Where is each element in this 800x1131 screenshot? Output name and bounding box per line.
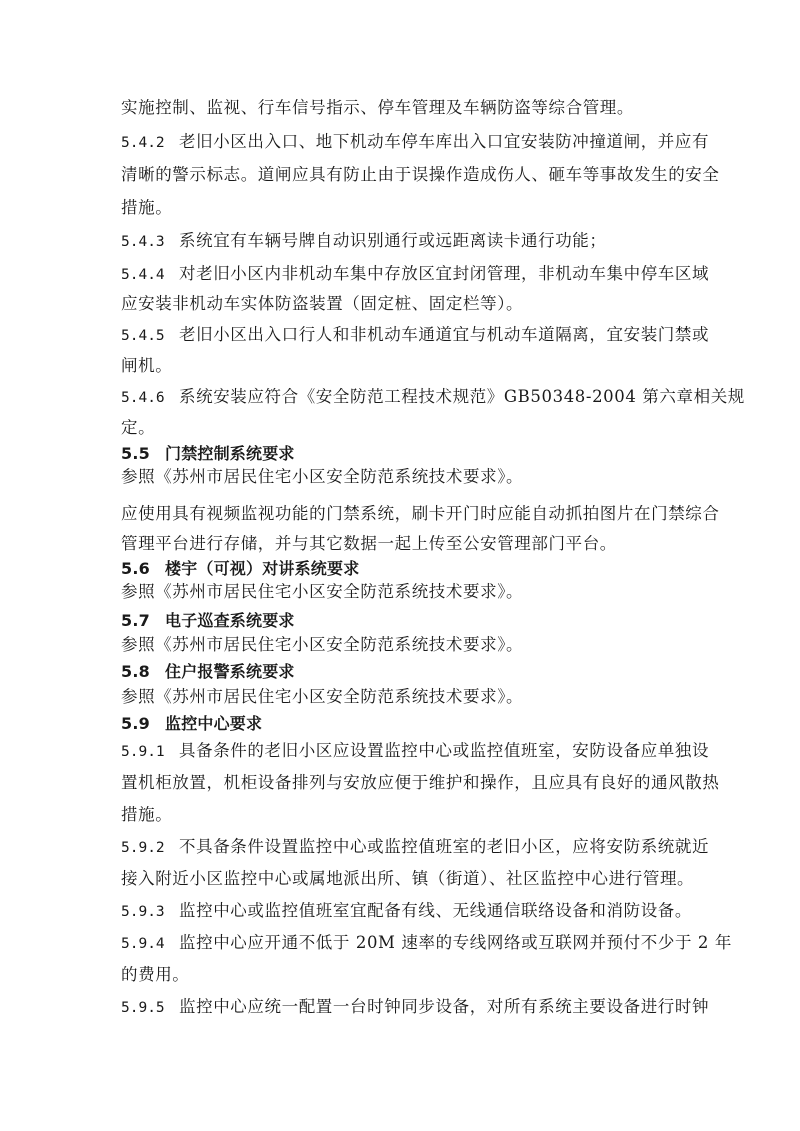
- line-text: 闸机。: [121, 356, 172, 375]
- clause-number: 5.9.4: [121, 934, 179, 954]
- paragraph-line: 5.9.1具备条件的老旧小区应设置监控中心或监控值班室，安防设备应单独设: [121, 741, 681, 762]
- section-number: 5.8: [121, 662, 165, 682]
- paragraph-line: 措施。: [121, 198, 681, 218]
- paragraph-line: 参照《苏州市居民住宅小区安全防范系统技术要求》。: [121, 582, 681, 602]
- clause-number: 5.9.2: [121, 838, 179, 858]
- line-text: 系统安装应符合《安全防范工程技术规范》GB50348-2004 第六章相关规: [179, 387, 745, 406]
- paragraph-line: 5.9.4监控中心应开通不低于 20M 速率的专线网络或互联网并预付不少于 2 …: [121, 933, 681, 954]
- section-title: 电子巡查系统要求: [165, 611, 295, 630]
- paragraph-line: 置机柜放置，机柜设备排列与安放应便于维护和操作，且应具有良好的通风散热: [121, 773, 681, 793]
- line-text: 具备条件的老旧小区应设置监控中心或监控值班室，安防设备应单独设: [179, 741, 709, 760]
- paragraph-line: 实施控制、监视、行车信号指示、停车管理及车辆防盗等综合管理。: [121, 98, 681, 118]
- paragraph-line: 5.9.5监控中心应统一配置一台时钟同步设备，对所有系统主要设备进行时钟: [121, 997, 681, 1018]
- section-heading: 5.8住户报警系统要求: [121, 662, 681, 682]
- line-text: 参照《苏州市居民住宅小区安全防范系统技术要求》。: [121, 635, 523, 654]
- line-text: 参照《苏州市居民住宅小区安全防范系统技术要求》。: [121, 687, 523, 706]
- section-number: 5.6: [121, 559, 165, 579]
- line-text: 不具备条件设置监控中心或监控值班室的老旧小区，应将安防系统就近: [179, 837, 709, 856]
- document-page: 实施控制、监视、行车信号指示、停车管理及车辆防盗等综合管理。5.4.2老旧小区出…: [0, 0, 800, 1131]
- line-text: 清晰的警示标志。道闸应具有防止由于误操作造成伤人、砸车等事故发生的安全: [121, 165, 720, 184]
- line-text: 接入附近小区监控中心或属地派出所、镇（街道）、社区监控中心进行管理。: [121, 869, 694, 888]
- line-text: 实施控制、监视、行车信号指示、停车管理及车辆防盗等综合管理。: [121, 98, 634, 117]
- section-heading: 5.7电子巡查系统要求: [121, 611, 681, 631]
- section-heading: 5.5门禁控制系统要求: [121, 444, 681, 464]
- paragraph-line: 接入附近小区监控中心或属地派出所、镇（街道）、社区监控中心进行管理。: [121, 869, 681, 889]
- clause-number: 5.9.1: [121, 742, 179, 762]
- paragraph-line: 措施。: [121, 805, 681, 825]
- paragraph-line: 应使用具有视频监视功能的门禁系统，刷卡开门时应能自动抓拍图片在门禁综合: [121, 504, 681, 524]
- line-text: 管理平台进行存储，并与其它数据一起上传至公安管理部门平台。: [121, 534, 617, 553]
- line-text: 参照《苏州市居民住宅小区安全防范系统技术要求》。: [121, 582, 523, 601]
- paragraph-line: 管理平台进行存储，并与其它数据一起上传至公安管理部门平台。: [121, 534, 681, 554]
- paragraph-line: 的费用。: [121, 965, 681, 985]
- section-number: 5.9: [121, 714, 165, 734]
- line-text: 对老旧小区内非机动车集中存放区宜封闭管理，非机动车集中停车区域: [179, 264, 709, 283]
- clause-number: 5.4.5: [121, 326, 179, 346]
- line-text: 老旧小区出入口行人和非机动车通道宜与机动车道隔离，宜安装门禁或: [179, 325, 709, 344]
- clause-number: 5.4.4: [121, 265, 179, 285]
- line-text: 措施。: [121, 805, 172, 824]
- paragraph-line: 5.4.2老旧小区出入口、地下机动车停车库出入口宜安装防冲撞道闸，并应有: [121, 132, 681, 153]
- section-number: 5.7: [121, 611, 165, 631]
- paragraph-line: 闸机。: [121, 356, 681, 376]
- section-heading: 5.6楼宇（可视）对讲系统要求: [121, 559, 681, 579]
- line-text: 监控中心应统一配置一台时钟同步设备，对所有系统主要设备进行时钟: [179, 997, 709, 1016]
- clause-number: 5.9.3: [121, 902, 179, 922]
- section-number: 5.5: [121, 444, 165, 464]
- line-text: 措施。: [121, 198, 172, 217]
- clause-number: 5.4.3: [121, 232, 179, 252]
- line-text: 置机柜放置，机柜设备排列与安放应便于维护和操作，且应具有良好的通风散热: [121, 773, 720, 792]
- line-text: 定。: [121, 418, 155, 437]
- paragraph-line: 应安装非机动车实体防盗装置（固定桩、固定栏等）。: [121, 294, 681, 314]
- line-text: 参照《苏州市居民住宅小区安全防范系统技术要求》。: [121, 467, 523, 486]
- line-text: 系统宜有车辆号牌自动识别通行或远距离读卡通行功能；: [179, 231, 607, 250]
- paragraph-line: 5.4.6系统安装应符合《安全防范工程技术规范》GB50348-2004 第六章…: [121, 387, 681, 408]
- paragraph-line: 清晰的警示标志。道闸应具有防止由于误操作造成伤人、砸车等事故发生的安全: [121, 165, 681, 185]
- line-text: 监控中心或监控值班室宜配备有线、无线通信联络设备和消防设备。: [179, 901, 692, 920]
- section-title: 住户报警系统要求: [165, 662, 295, 681]
- clause-number: 5.4.6: [121, 388, 179, 408]
- line-text: 老旧小区出入口、地下机动车停车库出入口宜安装防冲撞道闸，并应有: [179, 132, 709, 151]
- paragraph-line: 参照《苏州市居民住宅小区安全防范系统技术要求》。: [121, 467, 681, 487]
- section-heading: 5.9监控中心要求: [121, 714, 681, 734]
- paragraph-line: 5.4.4对老旧小区内非机动车集中存放区宜封闭管理，非机动车集中停车区域: [121, 264, 681, 285]
- section-title: 门禁控制系统要求: [165, 444, 295, 463]
- paragraph-line: 5.9.3监控中心或监控值班室宜配备有线、无线通信联络设备和消防设备。: [121, 901, 681, 922]
- line-text: 的费用。: [121, 965, 189, 984]
- line-text: 监控中心应开通不低于 20M 速率的专线网络或互联网并预付不少于 2 年: [179, 933, 732, 952]
- paragraph-line: 参照《苏州市居民住宅小区安全防范系统技术要求》。: [121, 635, 681, 655]
- paragraph-line: 参照《苏州市居民住宅小区安全防范系统技术要求》。: [121, 687, 681, 707]
- paragraph-line: 定。: [121, 418, 681, 438]
- section-title: 监控中心要求: [165, 714, 262, 733]
- section-title: 楼宇（可视）对讲系统要求: [165, 559, 359, 578]
- paragraph-line: 5.4.5老旧小区出入口行人和非机动车通道宜与机动车道隔离，宜安装门禁或: [121, 325, 681, 346]
- clause-number: 5.4.2: [121, 133, 179, 153]
- paragraph-line: 5.4.3系统宜有车辆号牌自动识别通行或远距离读卡通行功能；: [121, 231, 681, 252]
- clause-number: 5.9.5: [121, 998, 179, 1018]
- line-text: 应安装非机动车实体防盗装置（固定桩、固定栏等）。: [121, 294, 523, 313]
- line-text: 应使用具有视频监视功能的门禁系统，刷卡开门时应能自动抓拍图片在门禁综合: [121, 504, 720, 523]
- paragraph-line: 5.9.2不具备条件设置监控中心或监控值班室的老旧小区，应将安防系统就近: [121, 837, 681, 858]
